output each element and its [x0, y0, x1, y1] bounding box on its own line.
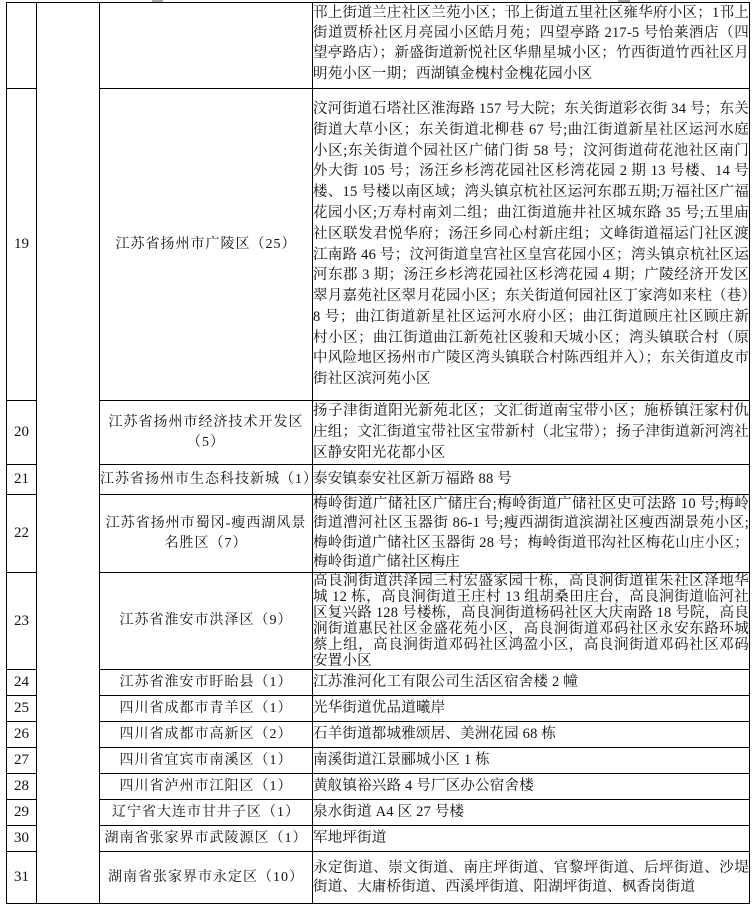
area-detail-cell: 光华街道优品道曦岸 [313, 696, 750, 722]
region-name-cell: 江苏省扬州市广陵区（25） [100, 89, 313, 401]
table-row: 29辽宁省大连市甘井子区（1）泉水街道 A4 区 27 号楼 [7, 800, 750, 826]
row-number-cell: 24 [7, 670, 37, 696]
area-detail-cell: 梅岭街道广储社区广储庄台;梅岭街道广储社区史可法路 10 号;梅岭街道漕河社区玉… [313, 495, 750, 573]
table-row: 28四川省泸州市江阳区（1）黄舣镇裕兴路 4 号厂区办公宿舍楼 [7, 774, 750, 800]
region-name-cell: 江苏省淮安市盱眙县（1） [100, 670, 313, 696]
region-name-cell: 四川省宜宾市南溪区（1） [100, 748, 313, 774]
region-name-cell: 江苏省扬州市蜀冈-瘦西湖风景名胜区（7） [100, 495, 313, 573]
merged-category-cell [37, 3, 100, 904]
area-detail-cell: 石羊街道都城雅颂居、美洲花园 68 栋 [313, 722, 750, 748]
row-number-cell: 29 [7, 800, 37, 826]
area-detail-cell: 邗上街道兰庄社区兰苑小区；邗上街道五里社区雍华府小区；1邗上街道贾桥社区月亮园小… [313, 3, 750, 89]
area-detail-cell: 泰安镇泰安社区新万福路 88 号 [313, 465, 750, 495]
row-number-cell: 20 [7, 401, 37, 465]
document-page: 邗上街道兰庄社区兰苑小区；邗上街道五里社区雍华府小区；1邗上街道贾桥社区月亮园小… [0, 0, 753, 920]
region-name-cell: 江苏省淮安市洪泽区（9） [100, 573, 313, 670]
area-detail-cell: 黄舣镇裕兴路 4 号厂区办公宿舍楼 [313, 774, 750, 800]
table-row: 邗上街道兰庄社区兰苑小区；邗上街道五里社区雍华府小区；1邗上街道贾桥社区月亮园小… [7, 3, 750, 89]
table-row: 20江苏省扬州市经济技术开发区（5）扬子津街道阳光新苑北区；文汇街道南宝带小区；… [7, 401, 750, 465]
region-name-cell: 江苏省扬州市生态科技新城（1） [100, 465, 313, 495]
row-number-cell: 30 [7, 826, 37, 852]
row-number-cell: 26 [7, 722, 37, 748]
row-number-cell [7, 3, 37, 89]
region-name-cell: 辽宁省大连市甘井子区（1） [100, 800, 313, 826]
row-number-cell: 31 [7, 852, 37, 904]
row-number-cell: 23 [7, 573, 37, 670]
region-name-cell: 湖南省张家界市永定区（10） [100, 852, 313, 904]
risk-area-table: 邗上街道兰庄社区兰苑小区；邗上街道五里社区雍华府小区；1邗上街道贾桥社区月亮园小… [6, 2, 750, 904]
area-detail-cell: 扬子津街道阳光新苑北区；文汇街道南宝带小区；施桥镇汪家村仇庄组；文汇街道宝带社区… [313, 401, 750, 465]
table-row: 26四川省成都市高新区（2）石羊街道都城雅颂居、美洲花园 68 栋 [7, 722, 750, 748]
region-name-cell: 四川省泸州市江阳区（1） [100, 774, 313, 800]
table-row: 21江苏省扬州市生态科技新城（1）泰安镇泰安社区新万福路 88 号 [7, 465, 750, 495]
area-detail-cell: 南溪街道江景郦城小区 1 栋 [313, 748, 750, 774]
region-name-cell: 江苏省扬州市经济技术开发区（5） [100, 401, 313, 465]
table-row: 25四川省成都市青羊区（1）光华街道优品道曦岸 [7, 696, 750, 722]
region-name-cell: 四川省成都市高新区（2） [100, 722, 313, 748]
table-row: 27四川省宜宾市南溪区（1）南溪街道江景郦城小区 1 栋 [7, 748, 750, 774]
region-name-cell: 四川省成都市青羊区（1） [100, 696, 313, 722]
region-name-cell [100, 3, 313, 89]
row-number-cell: 25 [7, 696, 37, 722]
area-detail-cell: 军地坪街道 [313, 826, 750, 852]
area-detail-cell: 泉水街道 A4 区 27 号楼 [313, 800, 750, 826]
area-detail-cell: 汶河街道石塔社区淮海路 157 号大院；东关街道彩衣街 34 号；东关街道大草小… [313, 89, 750, 401]
row-number-cell: 27 [7, 748, 37, 774]
table-row: 19江苏省扬州市广陵区（25）汶河街道石塔社区淮海路 157 号大院；东关街道彩… [7, 89, 750, 401]
area-detail-cell: 江苏淮河化工有限公司生活区宿舍楼 2 幢 [313, 670, 750, 696]
table-row: 23江苏省淮安市洪泽区（9）高良涧街道洪泽园三村宏盛家园十栋，高良涧街道崔朱社区… [7, 573, 750, 670]
row-number-cell: 28 [7, 774, 37, 800]
table-row: 31湖南省张家界市永定区（10）永定街道、崇文街道、南庄坪街道、官黎坪街道、后坪… [7, 852, 750, 904]
table-row: 22江苏省扬州市蜀冈-瘦西湖风景名胜区（7）梅岭街道广储社区广储庄台;梅岭街道广… [7, 495, 750, 573]
region-name-cell: 湖南省张家界市武陵源区（1） [100, 826, 313, 852]
area-detail-cell: 高良涧街道洪泽园三村宏盛家园十栋，高良涧街道崔朱社区泽地华城 12 栋，高良涧街… [313, 573, 750, 670]
table-row: 30湖南省张家界市武陵源区（1）军地坪街道 [7, 826, 750, 852]
table-row: 24江苏省淮安市盱眙县（1）江苏淮河化工有限公司生活区宿舍楼 2 幢 [7, 670, 750, 696]
area-detail-cell: 永定街道、崇文街道、南庄坪街道、官黎坪街道、后坪街道、沙堤街道、大庸桥街道、西溪… [313, 852, 750, 904]
row-number-cell: 21 [7, 465, 37, 495]
row-number-cell: 22 [7, 495, 37, 573]
row-number-cell: 19 [7, 89, 37, 401]
